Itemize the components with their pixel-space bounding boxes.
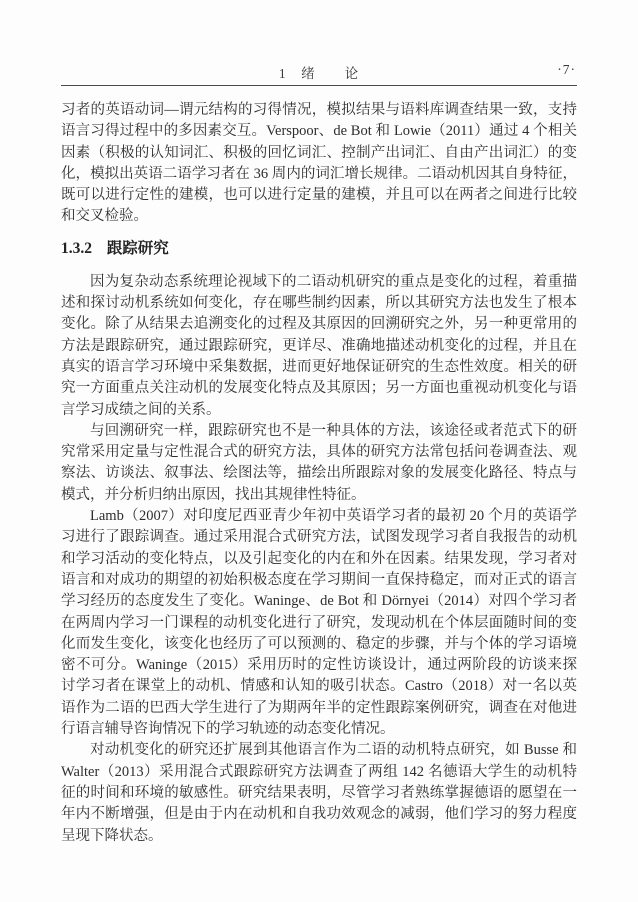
running-header: 1 绪 论 ·7· xyxy=(61,58,577,86)
text-line: 化而发生变化，该变化也经历了可以预测的、稳定的步骤，并与个体的学习语境 xyxy=(61,634,577,655)
text-line: 化，模拟出英语二语学习者在 36 周内的词汇增长规律。二语动机因其自身特征， xyxy=(61,164,577,185)
text-line: 和交叉检验。 xyxy=(61,206,577,227)
text-line: 行语言辅导咨询情况下的学习轨迹的动态变化情况。 xyxy=(61,719,577,740)
document-page: 1 绪 论 ·7· 习者的英语动词—谓元结构的习得情况，模拟结果与语料库调查结果… xyxy=(0,0,638,902)
text-line: 呈现下降状态。 xyxy=(61,826,577,847)
text-line: 语作为二语的巴西大学生进行了为期两年半的定性跟踪案例研究，调查在对他进 xyxy=(61,698,577,719)
text-line: 既可以进行定性的建模，也可以进行定量的建模，并且可以在两者之间进行比较 xyxy=(61,185,577,206)
text-line: 察法、访谈法、叙事法、绘图法等，描绘出所跟踪对象的发展变化路径、特点与 xyxy=(61,463,577,484)
text-line: 究一方面重点关注动机的发展变化特点及其原因；另一方面也重视动机变化与语 xyxy=(61,378,577,399)
text-line: 真实的语言学习环境中采集数据，进而更好地保证研究的生态性效度。相关的研 xyxy=(61,357,577,378)
text-line: 征的时间和环境的敏感性。研究结果表明，尽管学习者熟练掌握德语的愿望在一 xyxy=(61,783,577,804)
section-number: 1.3.2 xyxy=(61,240,92,257)
text-line: 和学习活动的变化特点，以及引起变化的内在和外在因素。结果发现，学习者对 xyxy=(61,549,577,570)
text-line: 对动机变化的研究还扩展到其他语言作为二语的动机特点研究，如 Busse 和 xyxy=(61,740,577,761)
paragraph-1: 习者的英语动词—谓元结构的习得情况，模拟结果与语料库调查结果一致，支持 语言习得… xyxy=(61,100,577,228)
text-line: 模式，并分析归纳出原因，找出其规律性特征。 xyxy=(61,485,577,506)
text-line: 言学习成绩之间的关系。 xyxy=(61,400,577,421)
text-column: 1 绪 论 ·7· 习者的英语动词—谓元结构的习得情况，模拟结果与语料库调查结果… xyxy=(61,58,577,847)
page-body: 习者的英语动词—谓元结构的习得情况，模拟结果与语料库调查结果一致，支持 语言习得… xyxy=(61,100,577,847)
text-line: 在两周内学习一门课程的动机变化进行了研究，发现动机在个体层面随时间的变 xyxy=(61,613,577,634)
text-line: Lamb（2007）对印度尼西亚青少年初中英语学习者的最初 20 个月的英语学 xyxy=(61,506,577,527)
section-title: 跟踪研究 xyxy=(107,240,169,257)
section-heading: 1.3.2跟踪研究 xyxy=(61,238,577,260)
text-line: Walter（2013）采用混合式跟踪研究方法调查了两组 142 名德语大学生的… xyxy=(61,762,577,783)
text-line: 究常采用定量与定性混合式的研究方法，具体的研究方法常包括问卷调查法、观 xyxy=(61,442,577,463)
chapter-title: 1 绪 论 xyxy=(61,62,577,82)
paragraph-4: Lamb（2007）对印度尼西亚青少年初中英语学习者的最初 20 个月的英语学 … xyxy=(61,506,577,740)
text-line: 习者的英语动词—谓元结构的习得情况，模拟结果与语料库调查结果一致，支持 xyxy=(61,100,577,121)
text-line: 变化。除了从结果去追溯变化的过程及其原因的回溯研究之外，另一种更常用的 xyxy=(61,314,577,335)
text-line: 语言习得过程中的多因素交互。Verspoor、de Bot 和 Lowie（20… xyxy=(61,121,577,142)
text-line: 学习经历的态度发生了变化。Waninge、de Bot 和 Dörnyei（20… xyxy=(61,591,577,612)
text-line: 习进行了跟踪调查。通过采用混合式研究方法，试图发现学习者自我报告的动机 xyxy=(61,527,577,548)
text-line: 因素（积极的认知词汇、积极的回忆词汇、控制产出词汇、自由产出词汇）的变 xyxy=(61,143,577,164)
paragraph-3: 与回溯研究一样，跟踪研究也不是一种具体的方法，该途径或者范式下的研 究常采用定量… xyxy=(61,421,577,506)
text-line: 与回溯研究一样，跟踪研究也不是一种具体的方法，该途径或者范式下的研 xyxy=(61,421,577,442)
text-line: 密不可分。Waninge（2015）采用历时的定性访谈设计，通过两阶段的访谈来探 xyxy=(61,655,577,676)
paragraph-2: 因为复杂动态系统理论视域下的二语动机研究的重点是变化的过程，着重描 述和探讨动机… xyxy=(61,272,577,421)
text-line: 述和探讨动机系统如何变化，存在哪些制约因素，所以其研究方法也发生了根本 xyxy=(61,293,577,314)
text-line: 讨学习者在课堂上的动机、情感和认知的吸引状态。Castro（2018）对一名以英 xyxy=(61,676,577,697)
text-line: 年内不断增强，但是由于内在动机和自我功效观念的减弱，他们学习的努力程度 xyxy=(61,804,577,825)
text-line: 因为复杂动态系统理论视域下的二语动机研究的重点是变化的过程，着重描 xyxy=(61,272,577,293)
page-number: ·7· xyxy=(557,62,576,78)
text-line: 语言和对成功的期望的初始积极态度在学习期间一直保持稳定，而对正式的语言 xyxy=(61,570,577,591)
paragraph-5: 对动机变化的研究还扩展到其他语言作为二语的动机特点研究，如 Busse 和 Wa… xyxy=(61,740,577,846)
text-line: 方法是跟踪研究，通过跟踪研究，更详尽、准确地描述动机变化的过程，并且在 xyxy=(61,336,577,357)
